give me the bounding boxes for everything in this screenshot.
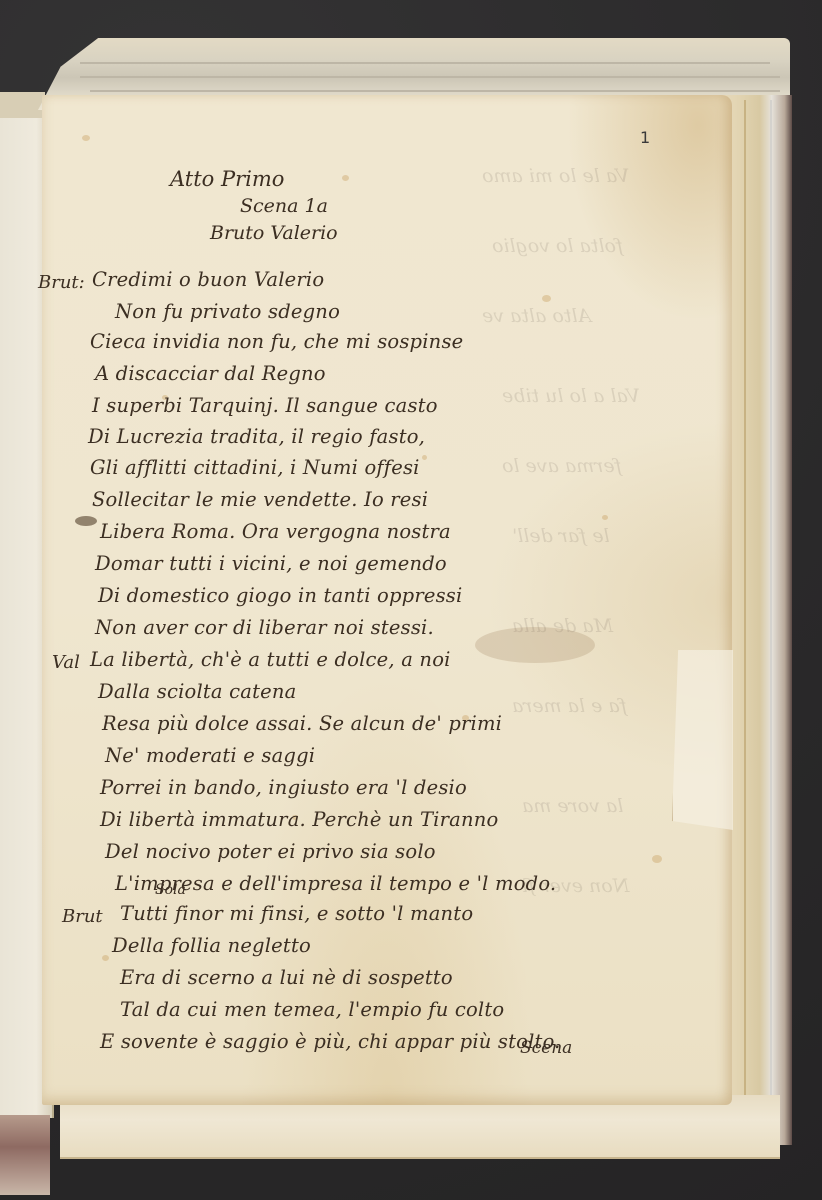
foxing-spot [82, 135, 90, 141]
foxing-spot [342, 175, 349, 181]
verse-line: Porrei in bando, ingiusto era 'l desio [100, 776, 467, 799]
act-heading: Atto Primo [170, 167, 284, 191]
verse-line: Di libertà immatura. Perchè un Tiranno [100, 808, 498, 831]
page-edge-line [90, 90, 780, 92]
page-edge-line [80, 76, 780, 78]
verse-line: Domar tutti i vicini, e noi gemendo [95, 552, 447, 575]
verse-line: Non aver cor di liberar noi stessi. [95, 616, 434, 639]
catchword: Scena [520, 1038, 572, 1058]
speaker-label: Val [52, 652, 80, 673]
verse-line: Resa più dolce assai. Se alcun de' primi [102, 712, 502, 735]
foxing-spot [542, 295, 551, 302]
verse-line: Tal da cui men temea, l'empio fu colto [120, 998, 504, 1021]
bleed-through-text: ferma ave lo [502, 455, 622, 477]
speaker-label: Brut [62, 906, 103, 927]
page-edge-line [744, 100, 746, 1140]
paper-repair-patch [672, 650, 733, 830]
verse-line: Dalla sciolta catena [98, 680, 296, 703]
foxing-spot [602, 515, 608, 520]
bleed-through-text: Val a lo lu tibe [502, 385, 640, 407]
page-edge-line [80, 62, 770, 64]
marbled-binding-edge [0, 1115, 50, 1195]
verse-line: Di domestico giogo in tanti oppressi [98, 584, 462, 607]
bleed-through-text: fa e la mera [512, 695, 627, 717]
scene-heading: Scena 1a [240, 195, 328, 217]
bleed-through-text: le far dell' [512, 525, 610, 547]
verse-line: A discacciar dal Regno [95, 362, 326, 385]
bleed-through-text: folta lo voglio [492, 235, 623, 257]
verse-line: La libertà, ch'è a tutti e dolce, a noi [90, 648, 451, 671]
verse-line: E sovente è saggio è più, chi appar più … [100, 1030, 561, 1053]
bleed-through-text: la vore ma [522, 795, 623, 817]
verse-line: Era di scerno a lui nè di sospetto [120, 966, 453, 989]
verse-line: Credimi o buon Valerio [92, 268, 324, 291]
verse-line: Libera Roma. Ora vergogna nostra [100, 520, 451, 543]
verse-line: Sollecitar le mie vendette. Io resi [92, 488, 428, 511]
verse-line: Ne' moderati e saggi [105, 744, 315, 767]
foxing-spot [422, 455, 427, 460]
verse-line: Di Lucrezia tradita, il regio fasto, [88, 425, 425, 448]
speaker-label: Brut: [38, 272, 85, 293]
bleed-through-text: Alto alta ve [482, 305, 591, 327]
characters-heading: Bruto Valerio [210, 222, 338, 244]
folio-number: 1 [640, 128, 650, 147]
verse-line: Cieca invidia non fu, che mi sospinse [90, 330, 463, 353]
verse-line: I superbi Tarquinj. Il sangue casto [92, 394, 438, 417]
page-edge-line [770, 100, 772, 1140]
bleed-through-text: Va le lo mi amo [482, 165, 629, 187]
foxing-spot [652, 855, 662, 863]
verse-line: Del nocivo poter ei privo sia solo [105, 840, 436, 863]
foxing-spot [102, 955, 109, 961]
water-stain [475, 627, 595, 663]
interlinear-insertion: Sola [155, 882, 186, 898]
ink-blot [75, 516, 97, 526]
verse-line: Tutti finor mi finsi, e sotto 'l manto [120, 902, 473, 925]
verse-line: Gli afflitti cittadini, i Numi offesi [90, 456, 420, 479]
verse-line: Non fu privato sdegno [115, 300, 340, 323]
verse-line: Della follia negletto [112, 934, 311, 957]
